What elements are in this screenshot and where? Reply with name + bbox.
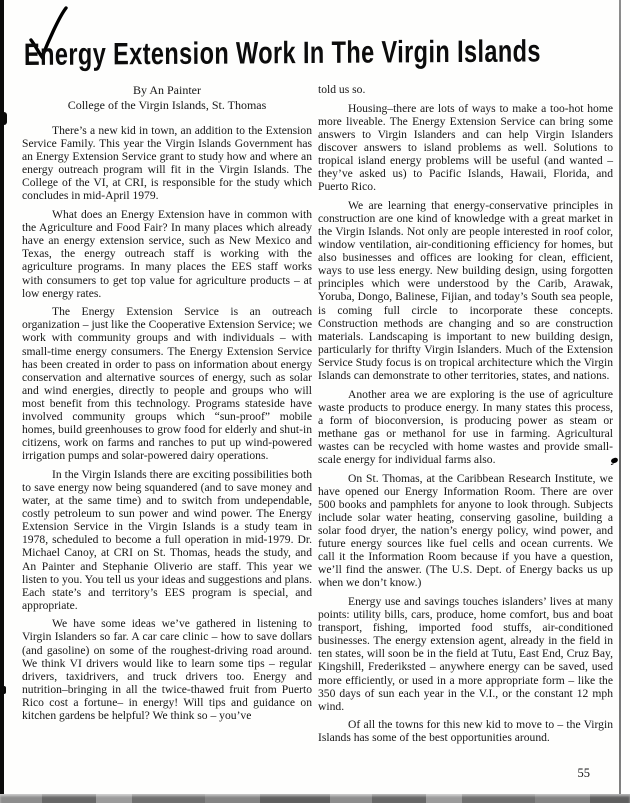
byline: By An Painter College of the Virgin Isla… [22,83,312,113]
paragraph: Of all the towns for this new kid to mov… [318,718,613,744]
paragraph: We are learning that energy-conservative… [318,199,613,382]
paragraph: Energy use and savings touches islanders… [318,595,613,713]
byline-author: By An Painter [22,83,312,98]
paragraph: Another area we are exploring is the use… [318,388,613,467]
paragraph-continuation: told us so. [318,83,613,96]
paragraph: Housing–there are lots of ways to make a… [318,102,613,194]
paragraph: On St. Thomas, at the Caribbean Research… [318,472,613,590]
page-number: 55 [578,766,591,781]
paragraph: In the Virgin Islands there are exciting… [22,468,312,612]
left-column: By An Painter College of the Virgin Isla… [22,83,312,728]
scan-edge-bottom [0,794,630,803]
paragraph: The Energy Extension Service is an outre… [22,305,312,462]
document-page: Energy Extension Work In The Virgin Isla… [0,0,630,803]
paragraph: We have some ideas we’ve gathered in lis… [22,617,312,722]
ink-mark [610,457,618,464]
article-title: Energy Extension Work In The Virgin Isla… [24,33,541,73]
paragraph: There’s a new kid in town, an addition t… [22,124,312,203]
paragraph: What does an Energy Extension have in co… [22,208,312,300]
scan-mark [0,686,6,694]
right-column: told us so. Housing–there are lots of wa… [318,83,613,750]
scan-mark [0,112,7,125]
byline-affiliation: College of the Virgin Islands, St. Thoma… [22,98,312,113]
scan-edge-right [619,0,621,795]
